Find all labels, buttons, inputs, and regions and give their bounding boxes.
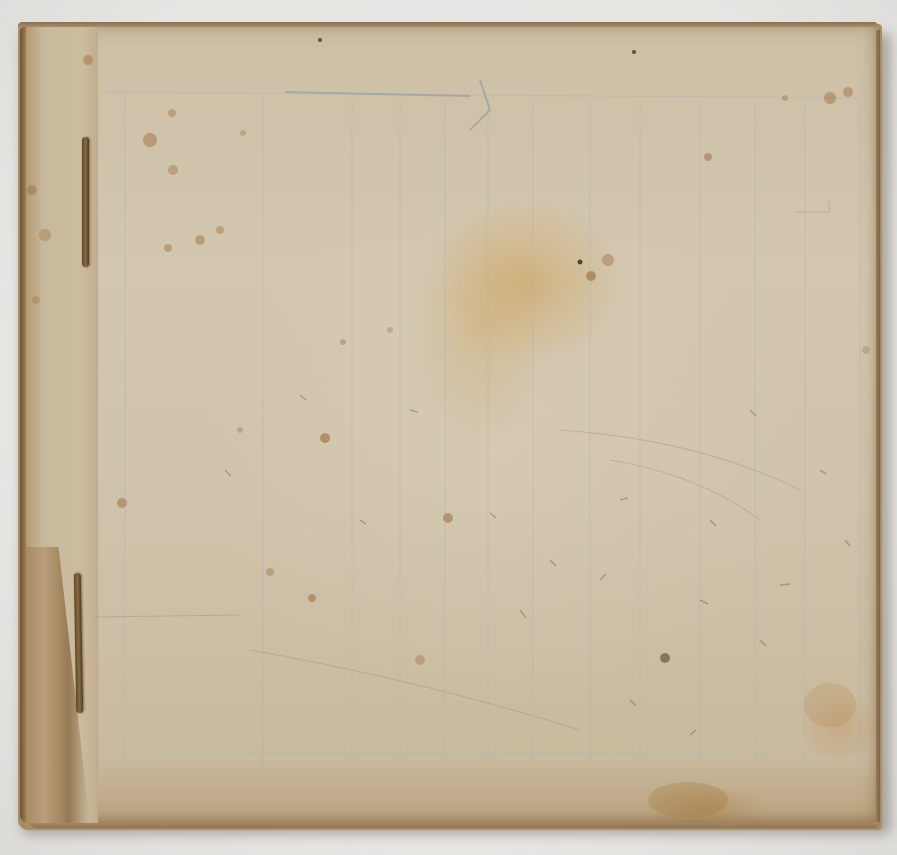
paper-fibers xyxy=(225,395,850,735)
edge-stain-bottom xyxy=(648,782,728,818)
foxing-spots xyxy=(27,38,870,665)
ruled-lines xyxy=(98,92,860,810)
scratches xyxy=(95,200,830,730)
pencil-mark xyxy=(285,80,490,130)
edge-stain-lower-right xyxy=(804,683,856,727)
paper-texture-overlay xyxy=(0,0,897,855)
